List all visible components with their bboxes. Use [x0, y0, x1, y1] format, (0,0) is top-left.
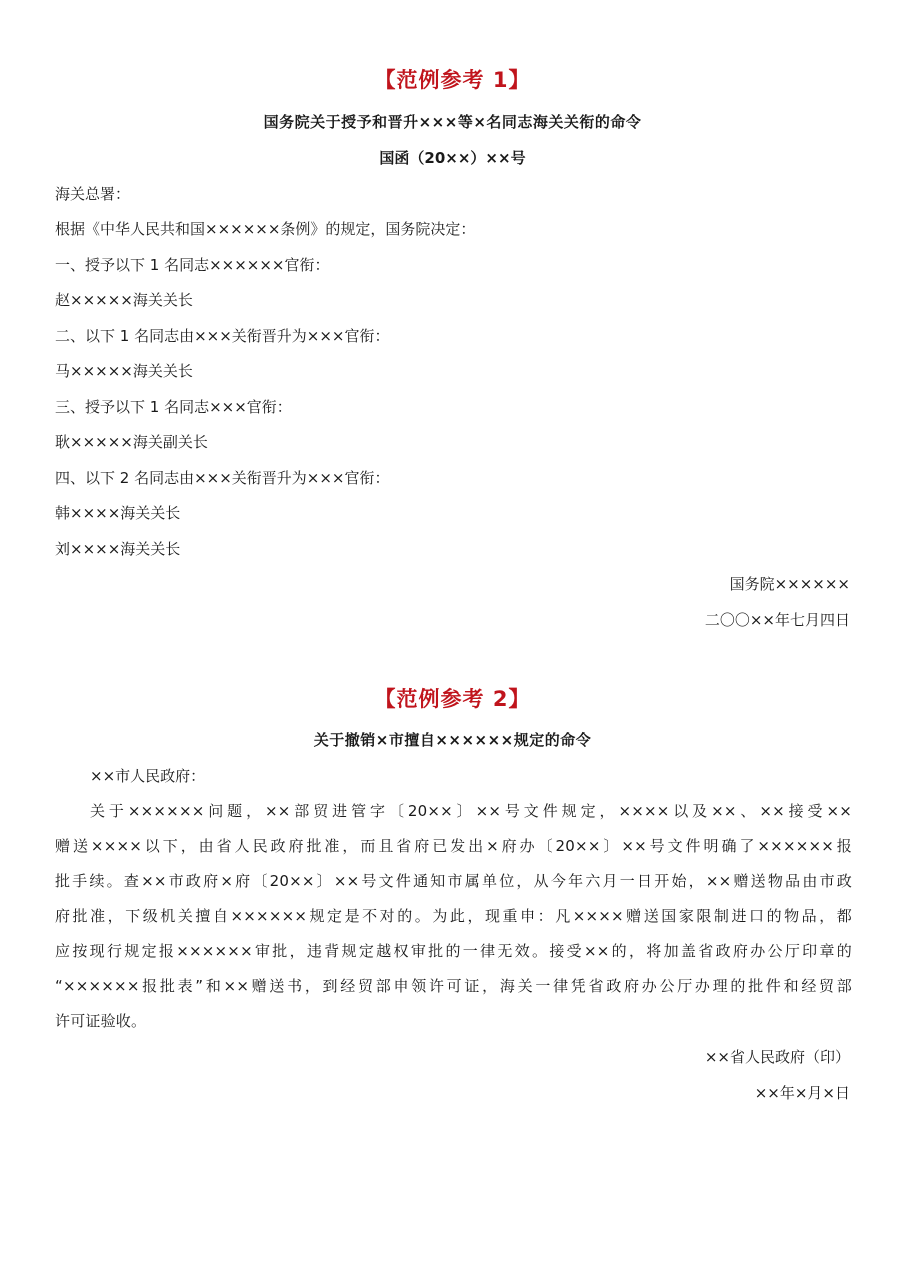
example-2-paragraph-line: 应按现行规定报××××××审批，违背规定越权审批的一律无效。接受××的，将加盖省…: [55, 940, 852, 961]
example-1-heading: 【范例参考 1】: [0, 64, 905, 94]
example-1-line: 刘××××海关关长: [55, 538, 180, 559]
example-1-addressee: 海关总署：: [55, 183, 130, 204]
example-1-line: 一、授予以下 1 名同志××××××官衔：: [55, 254, 330, 275]
example-1-line: 根据《中华人民共和国××××××条例》的规定，国务院决定：: [55, 218, 475, 239]
example-1-line: 四、以下 2 名同志由×××关衔晋升为×××官衔：: [55, 467, 390, 488]
example-1-line: 马×××××海关关长: [55, 360, 193, 381]
example-2-paragraph-line: “××××××报批表”和××赠送书，到经贸部申领许可证，海关一律凭省政府办公厅办…: [55, 975, 852, 996]
example-1-title: 国务院关于授予和晋升×××等×名同志海关关衔的命令: [0, 111, 905, 132]
example-2-paragraph-line: 府批准，下级机关擅自××××××规定是不对的。为此，现重申：凡××××赠送国家限…: [55, 905, 852, 926]
example-1-line: 三、授予以下 1 名同志×××官衔：: [55, 396, 292, 417]
example-1-signature: 国务院××××××: [730, 573, 850, 594]
document-page: 【范例参考 1】 国务院关于授予和晋升×××等×名同志海关关衔的命令 国函（20…: [0, 0, 905, 1280]
example-1-date: 二〇〇××年七月四日: [705, 609, 850, 630]
example-2-date: ××年×月×日: [755, 1082, 850, 1103]
example-1-doc-number: 国函（20××）××号: [0, 147, 905, 168]
example-2-paragraph-line: 关于××××××问题，××部贸进管字〔20××〕××号文件规定，××××以及××…: [90, 800, 852, 821]
example-2-heading: 【范例参考 2】: [0, 683, 905, 713]
example-2-signature: ××省人民政府（印）: [705, 1046, 850, 1067]
example-1-line: 二、以下 1 名同志由×××关衔晋升为×××官衔：: [55, 325, 390, 346]
example-2-title: 关于撤销×市擅自××××××规定的命令: [0, 729, 905, 750]
example-2-paragraph-line: 批手续。查××市政府×府〔20××〕××号文件通知市属单位，从今年六月一日开始，…: [55, 870, 852, 891]
example-2-paragraph-line: 赠送××××以下，由省人民政府批准，而且省府已发出×府办〔20××〕××号文件明…: [55, 835, 852, 856]
example-2-addressee: ××市人民政府：: [90, 765, 205, 786]
example-1-line: 韩××××海关关长: [55, 502, 180, 523]
example-2-paragraph-line: 许可证验收。: [55, 1010, 852, 1031]
example-1-line: 耿×××××海关副关长: [55, 431, 208, 452]
example-1-line: 赵×××××海关关长: [55, 289, 193, 310]
